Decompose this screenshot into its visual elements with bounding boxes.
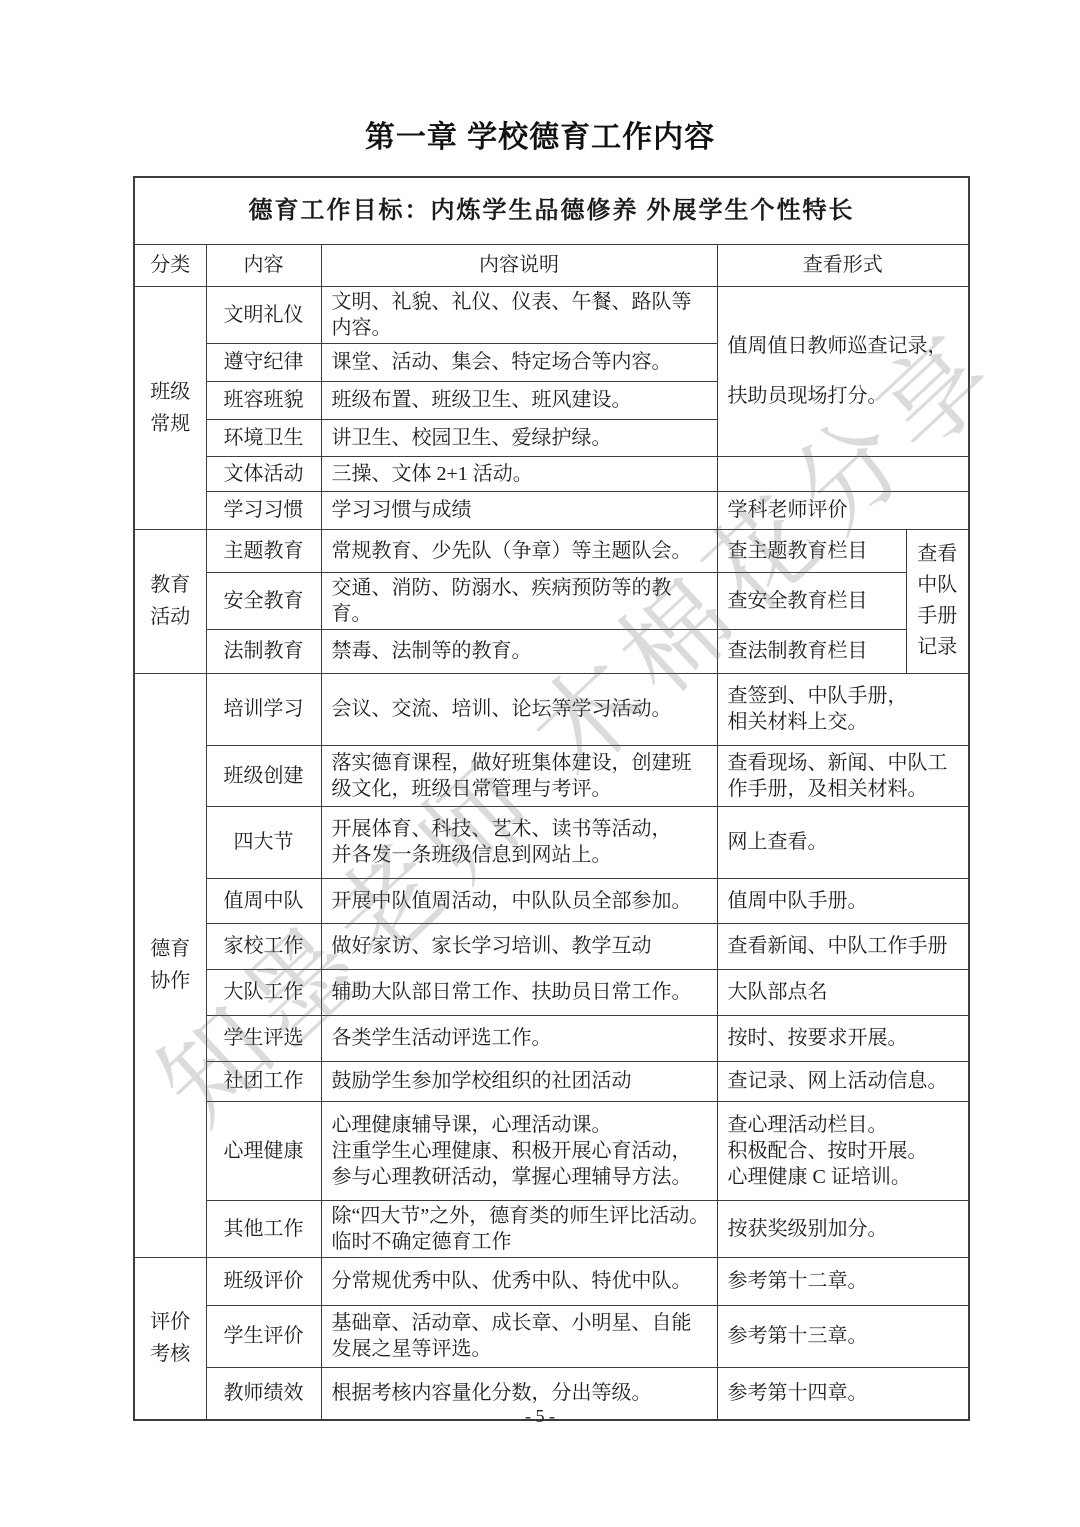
item-name-cell: 四大节 [206,806,321,878]
page-number: - 5 - [0,1406,1080,1427]
item-name-cell: 班级评价 [206,1257,321,1305]
table-row: 班级 常规 文明礼仪 文明、礼貌、礼仪、仪表、午餐、路队等内容。 值周值日教师巡… [134,286,969,343]
item-check-cell: 网上查看。 [717,806,969,878]
item-check-cell: 查签到、中队手册， 相关材料上交。 [717,673,969,745]
item-name-cell: 学生评价 [206,1305,321,1367]
item-desc-cell: 分常规优秀中队、优秀中队、特优中队。 [321,1257,717,1305]
table-row: 法制教育 禁毒、法制等的教育。 查法制教育栏目 [134,629,969,673]
item-name-cell: 学习习惯 [206,491,321,529]
table-row: 安全教育 交通、消防、防溺水、疾病预防等的教育。 查安全教育栏目 [134,572,969,629]
item-check-cell: 查法制教育栏目 [717,629,906,673]
item-name-cell: 家校工作 [206,923,321,969]
item-name-cell: 学生评选 [206,1015,321,1061]
item-check-cell: 按获奖级别加分。 [717,1200,969,1257]
item-desc-cell: 鼓励学生参加学校组织的社团活动 [321,1061,717,1101]
item-desc-cell: 各类学生活动评选工作。 [321,1015,717,1061]
table-row: 四大节 开展体育、科技、艺术、读书等活动， 并各发一条班级信息到网站上。 网上查… [134,806,969,878]
header-check-form: 查看形式 [717,244,969,286]
item-check-cell: 查看现场、新闻、中队工作手册，及相关材料。 [717,745,969,806]
item-name-cell: 社团工作 [206,1061,321,1101]
item-check-cell: 参考第十三章。 [717,1305,969,1367]
table-row: 文体活动 三操、文体 2+1 活动。 [134,456,969,491]
moral-education-table: 德育工作目标：内炼学生品德修养 外展学生个性特长 分类 内容 内容说明 查看形式… [133,176,970,1421]
item-check-cell: 值周值日教师巡查记录， 扶助员现场打分。 [717,286,969,456]
item-desc-cell: 心理健康辅导课，心理活动课。 注重学生心理健康、积极开展心育活动，参与心理教研活… [321,1101,717,1200]
category-cell: 教育 活动 [134,529,206,673]
category-cell: 班级 常规 [134,286,206,529]
item-check-cell: 参考第十二章。 [717,1257,969,1305]
item-desc-cell: 基础章、活动章、成长章、小明星、自能发展之星等评选。 [321,1305,717,1367]
item-check-cell: 按时、按要求开展。 [717,1015,969,1061]
item-desc-cell: 落实德育课程，做好班集体建设，创建班级文化，班级日常管理与考评。 [321,745,717,806]
table-row: 学生评选 各类学生活动评选工作。 按时、按要求开展。 [134,1015,969,1061]
item-name-cell: 遵守纪律 [206,343,321,381]
category-cell: 德育 协作 [134,673,206,1257]
category-cell: 评价 考核 [134,1257,206,1420]
item-desc-cell: 开展体育、科技、艺术、读书等活动， 并各发一条班级信息到网站上。 [321,806,717,878]
table-row: 教育 活动 主题教育 常规教育、少先队（争章）等主题队会。 查主题教育栏目 查看… [134,529,969,572]
item-name-cell: 班级创建 [206,745,321,806]
table-row: 班级创建 落实德育课程，做好班集体建设，创建班级文化，班级日常管理与考评。 查看… [134,745,969,806]
item-name-cell: 安全教育 [206,572,321,629]
item-name-cell: 主题教育 [206,529,321,572]
table-row: 学习习惯 学习习惯与成绩 学科老师评价 [134,491,969,529]
item-desc-cell: 开展中队值周活动，中队队员全部参加。 [321,878,717,923]
table-row: 大队工作 辅助大队部日常工作、扶助员日常工作。 大队部点名 [134,969,969,1015]
item-name-cell: 文明礼仪 [206,286,321,343]
item-desc-cell: 禁毒、法制等的教育。 [321,629,717,673]
table-goal-title: 德育工作目标：内炼学生品德修养 外展学生个性特长 [134,177,969,244]
item-name-cell: 文体活动 [206,456,321,491]
item-name-cell: 环境卫生 [206,419,321,456]
item-name-cell: 法制教育 [206,629,321,673]
merged-check-cell: 查看 中队 手册 记录 [906,529,969,673]
item-desc-cell: 交通、消防、防溺水、疾病预防等的教育。 [321,572,717,629]
item-desc-cell: 会议、交流、培训、论坛等学习活动。 [321,673,717,745]
table-row: 家校工作 做好家访、家长学习培训、教学互动 查看新闻、中队工作手册 [134,923,969,969]
item-name-cell: 心理健康 [206,1101,321,1200]
table-row: 其他工作 除“四大节”之外，德育类的师生评比活动。 临时不确定德育工作 按获奖级… [134,1200,969,1257]
header-description: 内容说明 [321,244,717,286]
item-name-cell: 培训学习 [206,673,321,745]
item-check-cell: 大队部点名 [717,969,969,1015]
item-desc-cell: 除“四大节”之外，德育类的师生评比活动。 临时不确定德育工作 [321,1200,717,1257]
table-row: 值周中队 开展中队值周活动，中队队员全部参加。 值周中队手册。 [134,878,969,923]
header-content: 内容 [206,244,321,286]
header-category: 分类 [134,244,206,286]
item-check-cell [717,456,969,491]
item-check-cell: 查看新闻、中队工作手册 [717,923,969,969]
item-desc-cell: 讲卫生、校园卫生、爱绿护绿。 [321,419,717,456]
item-check-cell: 查主题教育栏目 [717,529,906,572]
item-desc-cell: 辅助大队部日常工作、扶助员日常工作。 [321,969,717,1015]
item-check-cell: 查安全教育栏目 [717,572,906,629]
item-check-cell: 值周中队手册。 [717,878,969,923]
table-row: 德育 协作 培训学习 会议、交流、培训、论坛等学习活动。 查签到、中队手册， 相… [134,673,969,745]
item-check-cell: 查记录、网上活动信息。 [717,1061,969,1101]
table-row: 评价 考核 班级评价 分常规优秀中队、优秀中队、特优中队。 参考第十二章。 [134,1257,969,1305]
table-row: 心理健康 心理健康辅导课，心理活动课。 注重学生心理健康、积极开展心育活动，参与… [134,1101,969,1200]
item-check-cell: 查心理活动栏目。 积极配合、按时开展。 心理健康 C 证培训。 [717,1101,969,1200]
table-row: 学生评价 基础章、活动章、成长章、小明星、自能发展之星等评选。 参考第十三章。 [134,1305,969,1367]
item-name-cell: 大队工作 [206,969,321,1015]
item-check-cell: 学科老师评价 [717,491,969,529]
item-desc-cell: 班级布置、班级卫生、班风建设。 [321,381,717,419]
item-desc-cell: 做好家访、家长学习培训、教学互动 [321,923,717,969]
item-name-cell: 值周中队 [206,878,321,923]
item-desc-cell: 三操、文体 2+1 活动。 [321,456,717,491]
item-desc-cell: 常规教育、少先队（争章）等主题队会。 [321,529,717,572]
item-desc-cell: 学习习惯与成绩 [321,491,717,529]
item-name-cell: 班容班貌 [206,381,321,419]
document-page: 第一章 学校德育工作内容 德育工作目标：内炼学生品德修养 外展学生个性特长 分类… [0,0,1080,1527]
item-desc-cell: 课堂、活动、集会、特定场合等内容。 [321,343,717,381]
item-name-cell: 其他工作 [206,1200,321,1257]
page-title: 第一章 学校德育工作内容 [0,112,1080,156]
table-row: 社团工作 鼓励学生参加学校组织的社团活动 查记录、网上活动信息。 [134,1061,969,1101]
item-desc-cell: 文明、礼貌、礼仪、仪表、午餐、路队等内容。 [321,286,717,343]
